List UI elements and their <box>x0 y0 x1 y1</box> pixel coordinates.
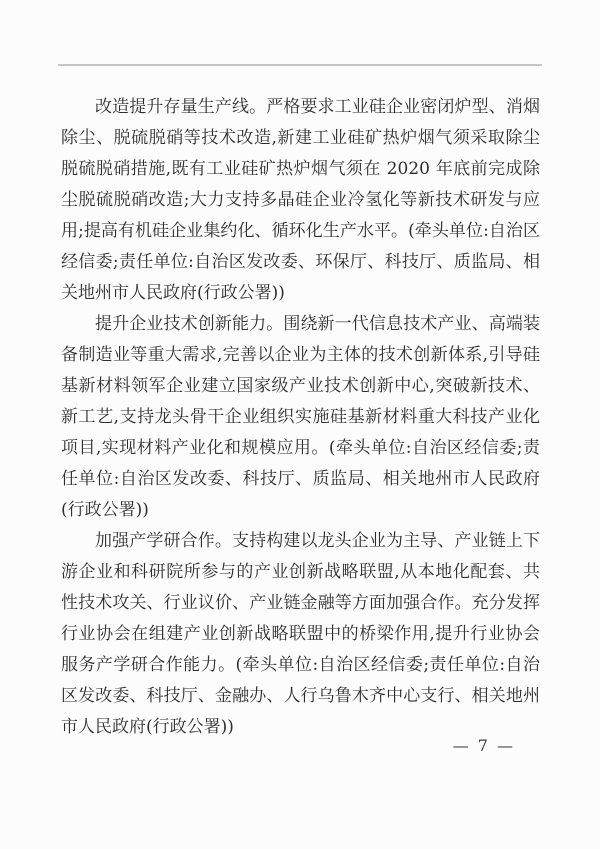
document-body: 改造提升存量生产线。严格要求工业硅企业密闭炉型、消烟除尘、脱硫脱硝等技术改造,新… <box>61 92 540 743</box>
page-number: — 7 — <box>453 736 515 755</box>
paragraph-upgrade-production-lines: 改造提升存量生产线。严格要求工业硅企业密闭炉型、消烟除尘、脱硫脱硝等技术改造,新… <box>61 92 540 309</box>
header-divider <box>58 64 542 66</box>
document-page: 改造提升存量生产线。严格要求工业硅企业密闭炉型、消烟除尘、脱硫脱硝等技术改造,新… <box>0 0 600 849</box>
paragraph-tech-innovation-capability: 提升企业技术创新能力。围绕新一代信息技术产业、高端装备制造业等重大需求,完善以企… <box>61 309 540 526</box>
paragraph-industry-academia-cooperation: 加强产学研合作。支持构建以龙头企业为主导、产业链上下游企业和科研院所参与的产业创… <box>61 526 540 743</box>
